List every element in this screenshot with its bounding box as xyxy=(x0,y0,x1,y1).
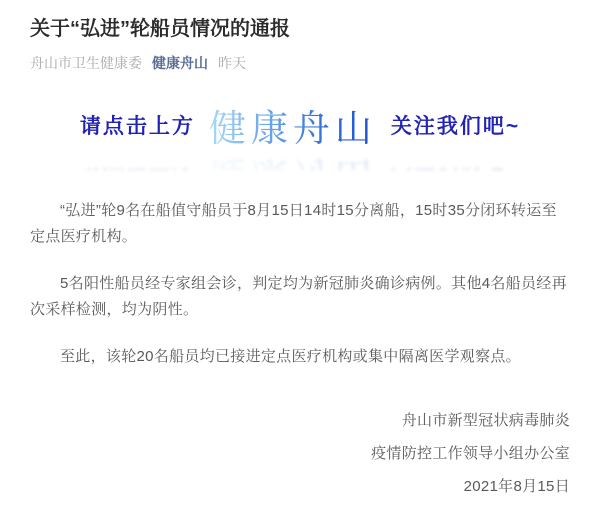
brand-logo-text: 健康舟山 xyxy=(209,98,377,152)
follow-banner-text-row: 请点击上方 健康舟山 关注我们吧~ xyxy=(30,99,570,151)
article-paragraph: “弘进”轮9名在船值守船员于8月15日14时15分离船，15时35分闭环转运至定… xyxy=(30,198,570,250)
account-link[interactable]: 健康舟山 xyxy=(152,53,208,73)
banner-prefix-text: 请点击上方 xyxy=(80,110,195,140)
article-body: “弘进”轮9名在船值守船员于8月15日14时15分离船，15时35分闭环转运至定… xyxy=(30,198,570,370)
page-title: 关于“弘进”轮船员情况的通报 xyxy=(30,16,570,42)
follow-banner[interactable]: 请点击上方 健康舟山 关注我们吧~ 请点击上方 健康舟山 关注我们吧~ xyxy=(30,99,570,170)
signature-org-line-2: 疫情防控工作领导小组办公室 xyxy=(30,441,570,467)
publish-date: 2021年8月15日 xyxy=(30,474,570,500)
publish-time: 昨天 xyxy=(218,53,246,73)
banner-reflection: 请点击上方 健康舟山 关注我们吧~ xyxy=(30,152,570,170)
article-meta: 舟山市卫生健康委 健康舟山 昨天 xyxy=(30,53,570,73)
article-page: 关于“弘进”轮船员情况的通报 舟山市卫生健康委 健康舟山 昨天 请点击上方 健康… xyxy=(0,0,600,500)
author-name: 舟山市卫生健康委 xyxy=(30,53,142,73)
banner-prefix-reflection: 请点击上方 xyxy=(80,163,195,170)
banner-suffix-text: 关注我们吧~ xyxy=(391,110,520,140)
signature-block: 舟山市新型冠状病毒肺炎 疫情防控工作领导小组办公室 2021年8月15日 xyxy=(30,408,570,500)
banner-suffix-reflection: 关注我们吧~ xyxy=(391,163,520,170)
article-paragraph: 至此，该轮20名船员均已接进定点医疗机构或集中隔离医学观察点。 xyxy=(30,344,570,370)
brand-logo-reflection: 健康舟山 xyxy=(209,152,377,170)
article-paragraph: 5名阳性船员经专家组会诊，判定均为新冠肺炎确诊病例。其他4名船员经再次采样检测，… xyxy=(30,271,570,323)
signature-org-line-1: 舟山市新型冠状病毒肺炎 xyxy=(30,408,570,434)
